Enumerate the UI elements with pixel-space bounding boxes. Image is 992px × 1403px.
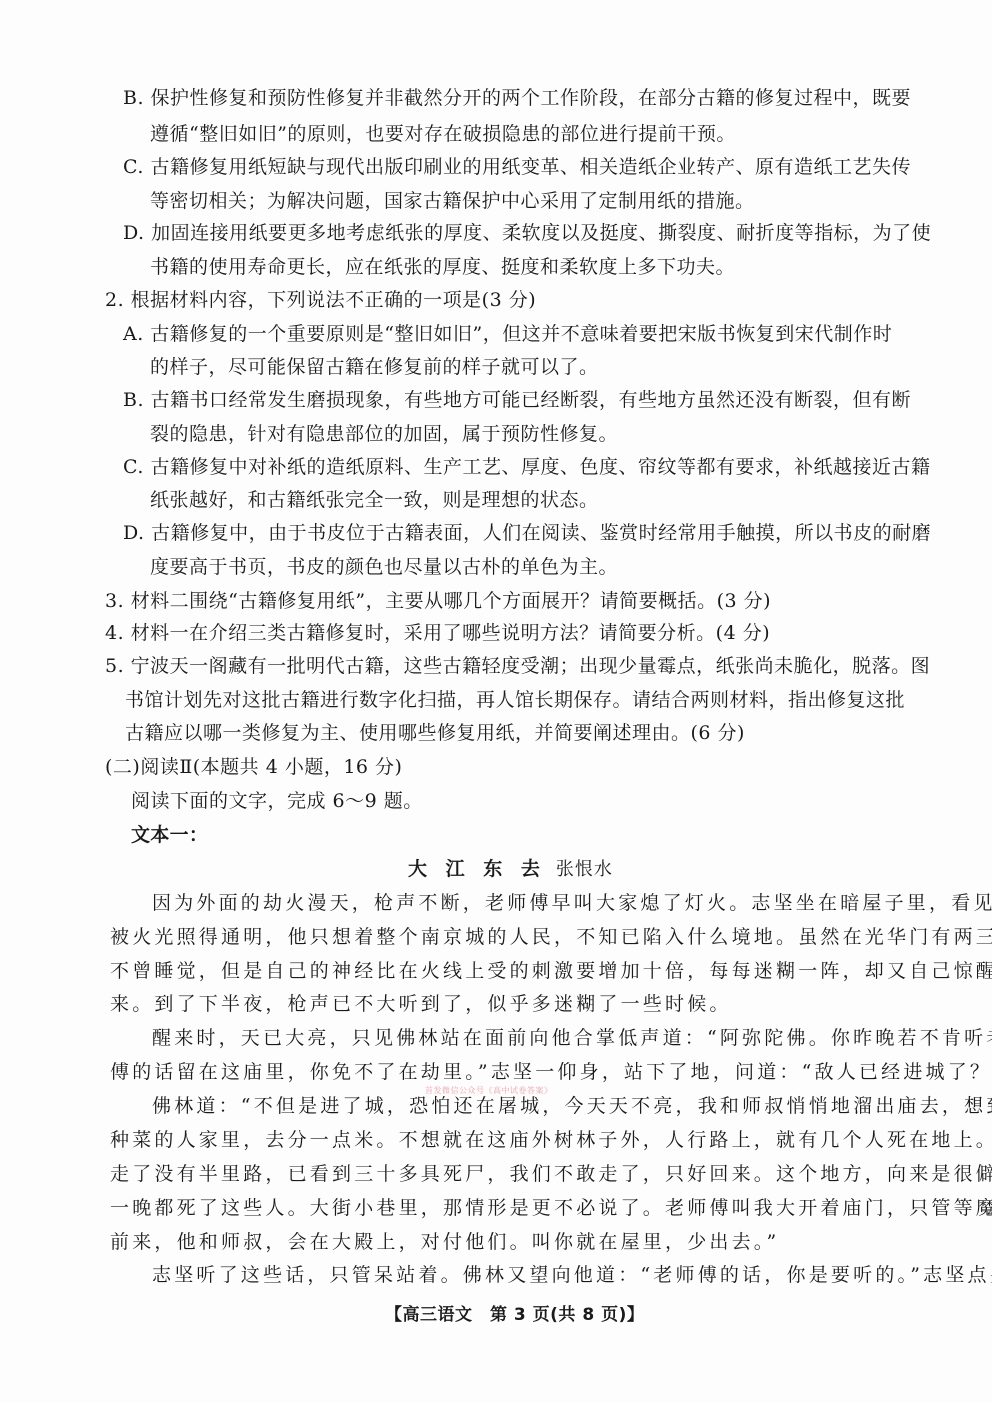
q1-option-d-line1: D. 加固连接用纸要更多地考虑纸张的厚度、柔软度以及挺度、撕裂度、耐折度等指标，…: [123, 221, 931, 245]
story-author: 张恨水: [556, 859, 613, 880]
story-line: 不曾睡觉，但是自己的神经比在火线上受的刺激要增加十倍，每每迷糊一阵，却又自己惊醒…: [110, 959, 992, 983]
q5-line1: 5. 宁波天一阁藏有一批明代古籍，这些古籍轻度受潮；出现少量霉点，纸张尚未脆化，…: [105, 654, 930, 678]
story-line: 佛林道：“不但是进了城，恐怕还在屠城，今天天不亮，我和师叔悄悄地溜出庙去，想到附…: [152, 1094, 992, 1118]
section2-instruction: 阅读下面的文字，完成 6～9 题。: [131, 789, 423, 813]
story-line: 前来，他和师叔，会在大殿上，对付他们。叫你就在屋里，少出去。”: [110, 1230, 779, 1254]
story-title: 大 江 东 去: [408, 858, 546, 880]
story-line: 走了没有半里路，已看到三十多具死尸，我们不敢走了，只好回来。这个地方，向来是很僻…: [110, 1162, 992, 1186]
q1-option-d-line2: 书籍的使用寿命更长，应在纸张的厚度、挺度和柔软度上多下功夫。: [150, 255, 735, 279]
q2-option-a-line2: 的样子，尽可能保留古籍在修复前的样子就可以了。: [150, 355, 599, 379]
story-line: 一晚都死了这些人。大街小巷里，那情形是更不必说了。老师傅叫我大开着庙门，只管等魔…: [110, 1196, 992, 1220]
q5-line3: 古籍应以哪一类修复为主、使用哪些修复用纸，并简要阐述理由。(6 分): [125, 721, 745, 745]
story-line: 志坚听了这些话，只管呆站着。佛林又望向他道：“老师傅的话，你是要听的。”志坚点头…: [152, 1263, 992, 1287]
q1-option-c-line1: C. 古籍修复用纸短缺与现代出版印刷业的用纸变革、相关造纸企业转产、原有造纸工艺…: [123, 155, 911, 179]
story-heading: 大 江 东 去张恨水: [408, 857, 613, 882]
story-line: 被火光照得通明，他只想着整个南京城的人民，不知已陷入什么境地。虽然在光华门有两三…: [110, 925, 992, 949]
q2-option-a-line1: A. 古籍修复的一个重要原则是“整旧如旧”，但这并不意味着要把宋版书恢复到宋代制…: [123, 322, 892, 346]
q2-option-d-line2: 度要高于书页，书皮的颜色也尽量以古朴的单色为主。: [150, 555, 618, 579]
q4-text: 4. 材料一在介绍三类古籍修复时，采用了哪些说明方法？请简要分析。(4 分): [105, 621, 770, 645]
q2-option-c-line2: 纸张越好，和古籍纸张完全一致，则是理想的状态。: [150, 488, 599, 512]
q1-option-b-line2: 遵循“整旧如旧”的原则，也要对存在破损隐患的部位进行提前干预。: [150, 122, 736, 146]
q2-option-c-line1: C. 古籍修复中对补纸的造纸原料、生产工艺、厚度、色度、帘纹等都有要求，补纸越接…: [123, 455, 930, 479]
page-footer: 【高三语文 第 3 页(共 8 页)】: [385, 1300, 644, 1325]
story-line: 因为外面的劫火漫天，枪声不断，老师傅早叫大家熄了灯火。志坚坐在暗屋子里，看见窗纸: [152, 891, 992, 915]
q2-option-b-line1: B. 古籍书口经常发生磨损现象，有些地方可能已经断裂，有些地方虽然还没有断裂，但…: [123, 388, 911, 412]
story-line: 来。到了下半夜，枪声已不大听到了，似乎多迷糊了一些时候。: [110, 992, 732, 1016]
q2-option-b-line2: 裂的隐患，针对有隐患部位的加固，属于预防性修复。: [150, 422, 618, 446]
q5-line2: 书馆计划先对这批古籍进行数字化扫描，再人馆长期保存。请结合两则材料，指出修复这批: [125, 688, 905, 712]
story-line: 傅的话留在这庙里，你免不了在劫里。”志坚一仰身，站下了地，问道：“敌人已经进城了…: [110, 1060, 992, 1084]
q2-stem: 2. 根据材料内容，下列说法不正确的一项是(3 分): [105, 288, 536, 312]
section2-heading: (二)阅读Ⅱ(本题共 4 小题，16 分): [105, 755, 402, 779]
text-one-label: 文本一：: [131, 823, 208, 847]
q2-option-d-line1: D. 古籍修复中，由于书皮位于古籍表面，人们在阅读、鉴赏时经常用手触摸，所以书皮…: [123, 521, 931, 545]
q3-text: 3. 材料二围绕“古籍修复用纸”，主要从哪几个方面展开？请简要概括。(3 分): [105, 589, 771, 613]
exam-page: B. 保护性修复和预防性修复并非截然分开的两个工作阶段，在部分古籍的修复过程中，…: [0, 0, 992, 1403]
q1-option-c-line2: 等密切相关；为解决问题，国家古籍保护中心采用了定制用纸的措施。: [150, 189, 755, 213]
story-line: 种菜的人家里，去分一点米。不想就在这庙外树林子外，人行路上，就有几个人死在地上。…: [110, 1128, 992, 1152]
story-line: 醒来时，天已大亮，只见佛林站在面前向他合掌低声道：“阿弥陀佛。你昨晚若不肯听老师: [152, 1026, 992, 1050]
q1-option-b-line1: B. 保护性修复和预防性修复并非截然分开的两个工作阶段，在部分古籍的修复过程中，…: [123, 86, 911, 110]
